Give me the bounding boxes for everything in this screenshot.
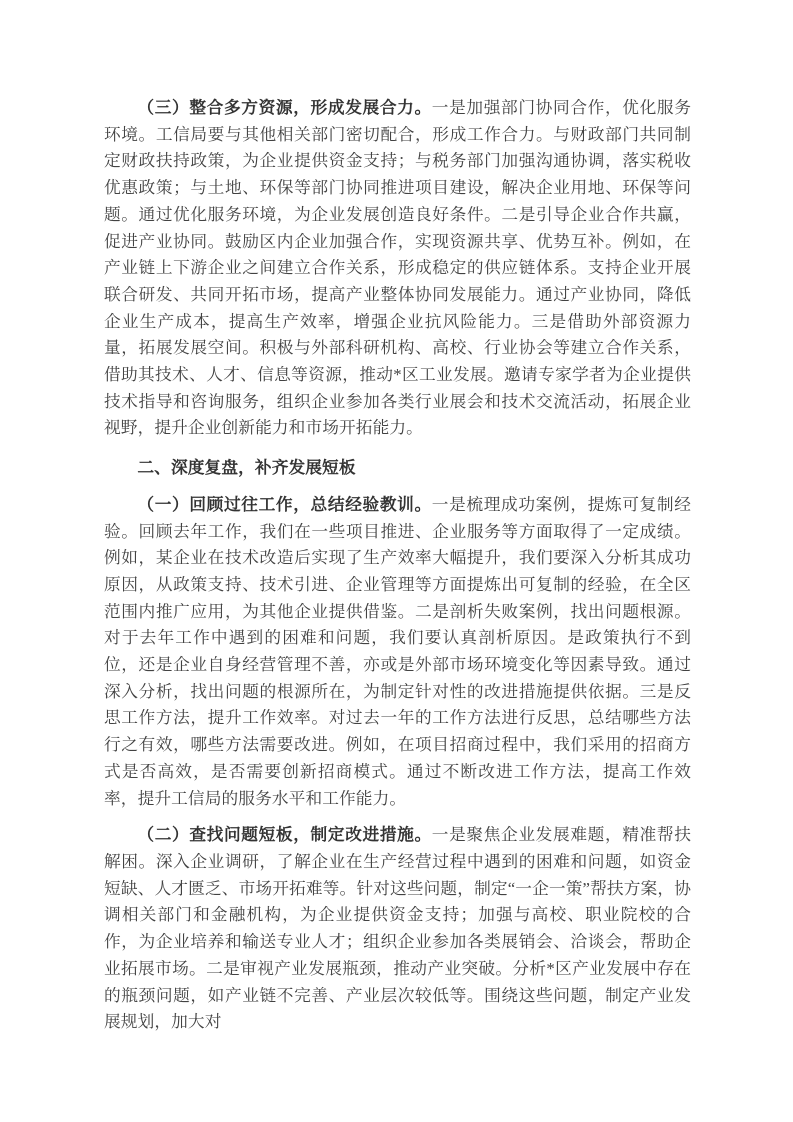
paragraph-body: 一是梳理成功案例，提炼可复制经验。回顾去年工作，我们在一些项目推进、企业服务等方… (104, 495, 691, 808)
section-heading: 二、深度复盘，补齐发展短板 (104, 455, 691, 482)
document-content: （三）整合多方资源，形成发展合力。一是加强部门协同合作，优化服务环境。工信局要与… (104, 95, 691, 1036)
paragraph: （一）回顾过往工作，总结经验教训。一是梳理成功案例，提炼可复制经验。回顾去年工作… (104, 492, 691, 812)
paragraph: （三）整合多方资源，形成发展合力。一是加强部门协同合作，优化服务环境。工信局要与… (104, 95, 691, 442)
paragraph-lead: （三）整合多方资源，形成发展合力。 (137, 98, 431, 117)
paragraph-body: 一是加强部门协同合作，优化服务环境。工信局要与其他相关部门密切配合，形成工作合力… (104, 98, 691, 437)
paragraph-body: 一是聚焦企业发展难题，精准帮扶解困。深入企业调研，了解企业在生产经营过程中遇到的… (104, 825, 691, 1031)
document-page: （三）整合多方资源，形成发展合力。一是加强部门协同合作，优化服务环境。工信局要与… (0, 0, 793, 1122)
paragraph: （二）查找问题短板，制定改进措施。一是聚焦企业发展难题，精准帮扶解困。深入企业调… (104, 822, 691, 1036)
paragraph-lead: （二）查找问题短板，制定改进措施。 (137, 825, 431, 844)
paragraph-lead: （一）回顾过往工作，总结经验教训。 (137, 495, 431, 514)
